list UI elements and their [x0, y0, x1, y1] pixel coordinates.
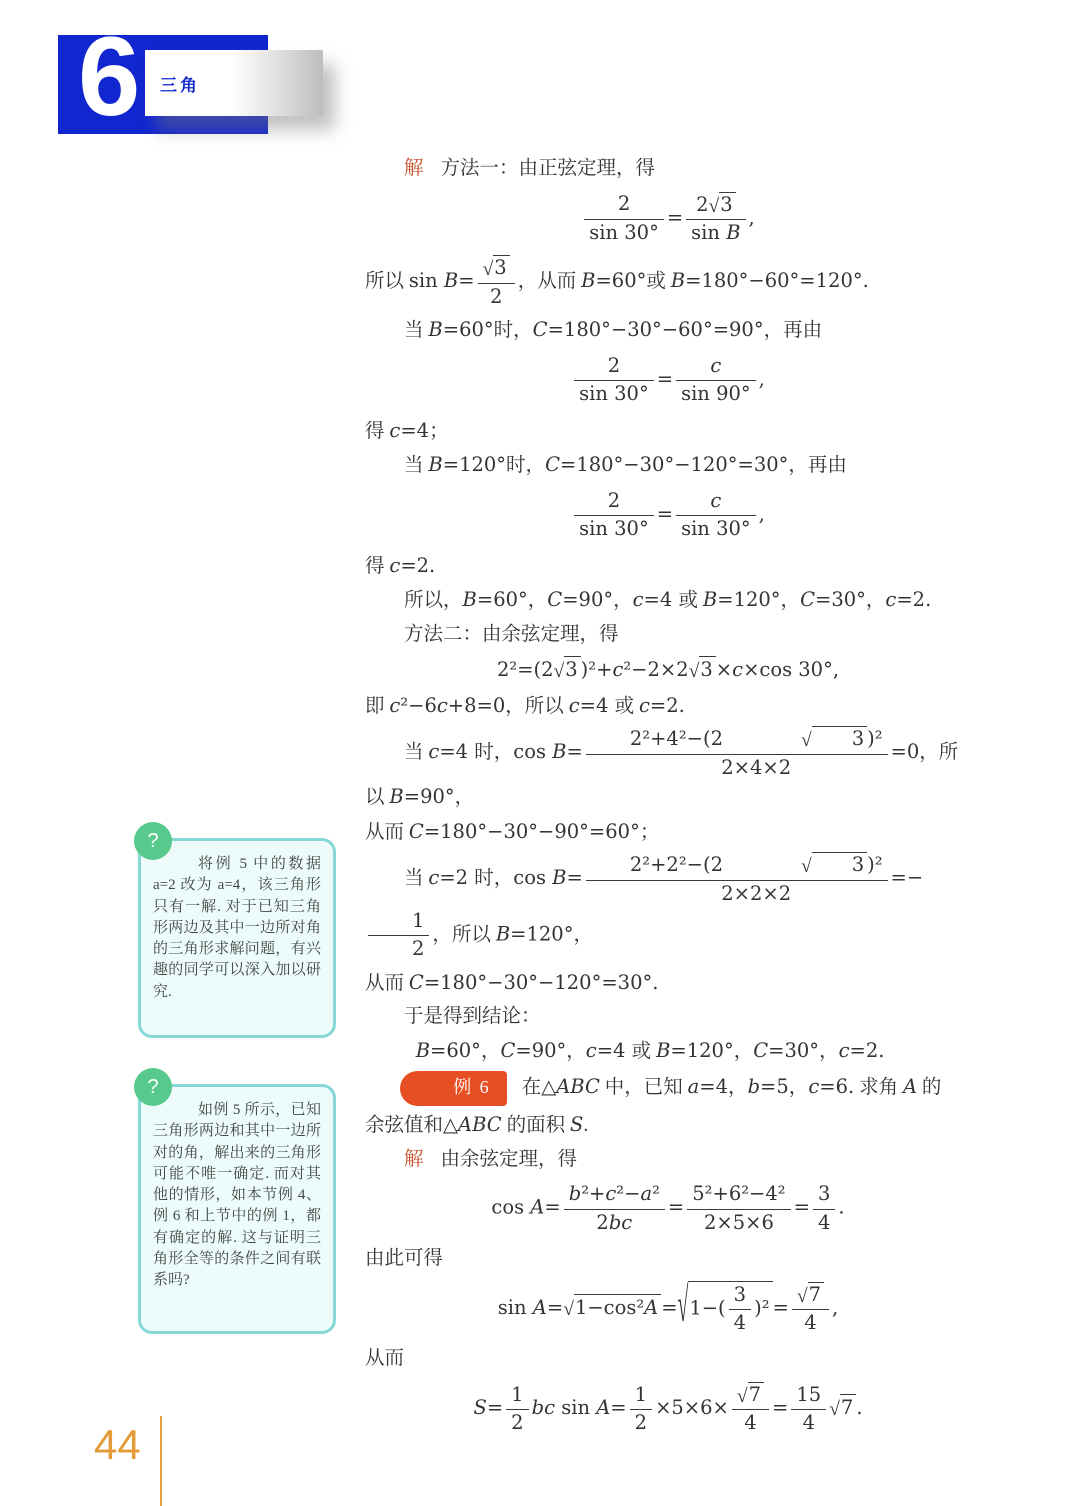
text-run: =− [891, 866, 924, 889]
text-run: =4 [439, 740, 474, 763]
text-run: ，所以 [432, 924, 495, 945]
text-run: = [567, 740, 583, 763]
text-line: 于是得到结论： [365, 1002, 971, 1032]
text-run: cos [491, 1196, 530, 1219]
text-run: ，从而 [518, 271, 581, 292]
text-run: B [444, 269, 458, 292]
text-run: B [552, 866, 566, 889]
text-run: ， [613, 590, 633, 611]
text-run: 所以 [365, 271, 409, 292]
margin-note-2: ? 如例 5 所示，已知三角形两边和其中一边所对的角，解出来的三角形可能不唯一确… [138, 1084, 336, 1334]
text-run: 1−( [689, 1296, 725, 1319]
text-line: B=60°，C=90°，c=4 或 B=120°，C=30°，c=2. [365, 1036, 971, 1067]
text-line: 即 c²−6c+8=0，所以 c=4 或 c=2. [365, 691, 971, 722]
text-run: S [570, 1113, 583, 1136]
text-run: c [569, 694, 580, 717]
text-run: = [772, 1396, 788, 1419]
text-run: 所以， [404, 590, 463, 611]
text-line: 余弦值和△ABC 的面积 S. [365, 1110, 971, 1141]
text-run: =4 [580, 694, 615, 717]
text-run: ² [652, 1182, 660, 1205]
text-run: ×5×6× [655, 1396, 729, 1419]
text-run: B [656, 1039, 670, 1062]
text-run: 中，已知 [600, 1077, 688, 1098]
chapter-title-tab: 三角 [145, 50, 323, 116]
text-run: sin 30° [681, 517, 751, 540]
math-fraction: 12 [368, 908, 429, 964]
text-run: B [428, 318, 442, 341]
text-run: 2 [490, 285, 502, 308]
text-run: 1−cos² [575, 1296, 644, 1319]
text-run: c [586, 1039, 597, 1062]
text-run: 时， [474, 868, 513, 889]
footer-rule [160, 1416, 162, 1506]
text-run: =2. [650, 694, 685, 717]
text-run: 3 [852, 853, 864, 876]
text-run: ²+ [581, 1182, 605, 1205]
solution-content: 解方法一：由正弦定理，得2sin 30°=2√3sin B,所以 sin B=√… [365, 150, 971, 1445]
sqrt-radical: √3 [554, 656, 581, 683]
text-run: C [409, 971, 424, 994]
text-run: =60° [595, 269, 646, 292]
text-run: , [832, 1296, 838, 1319]
text-run: 3 [700, 658, 712, 681]
text-run: =2. [896, 588, 931, 611]
text-run: ， [819, 1041, 839, 1062]
text-run: ； [429, 421, 449, 442]
text-run: 时， [494, 320, 533, 341]
text-run: 于是得到结论： [404, 1006, 541, 1027]
math-fraction: 2²+4²−(2√3)²2×4×2 [586, 725, 888, 782]
solution-label: 解 [404, 1149, 424, 1170]
text-run: 方法二：由余弦定理，得 [404, 624, 619, 645]
chapter-number: 6 [78, 21, 140, 133]
text-run: 2 [608, 489, 620, 512]
text-run: C [800, 588, 815, 611]
text-run: 当 [404, 868, 428, 889]
text-run: B [496, 922, 510, 945]
math-fraction: 12 [506, 1382, 528, 1438]
text-run: 2 [511, 1411, 523, 1434]
text-run: =2 [439, 866, 474, 889]
math-fraction: 154 [791, 1382, 826, 1438]
text-run: A [596, 1396, 610, 1419]
text-run: =4 [400, 419, 429, 442]
text-run: =4 [699, 1075, 728, 1098]
text-run: 2×2×2 [721, 882, 791, 905]
question-icon: ? [134, 822, 172, 860]
text-run: 3 [720, 193, 732, 216]
text-run: ， [789, 1077, 809, 1098]
text-run: , [759, 502, 765, 525]
text-run: sin [409, 269, 444, 292]
sqrt-radical: √1−cos²A [563, 1294, 661, 1321]
sqrt-radical: √3 [689, 656, 716, 683]
text-run: B [463, 588, 477, 611]
math-fraction: 34 [813, 1181, 835, 1237]
text-run: =180°−60°=120°. [685, 269, 869, 292]
text-run: 当 [404, 455, 428, 476]
text-run: ×cos 30°, [743, 658, 839, 681]
sqrt-radical: √7 [797, 1282, 824, 1308]
text-run: ，再由 [788, 455, 847, 476]
math-fraction: csin 30° [676, 488, 756, 544]
text-run: ²−6 [400, 694, 437, 717]
text-line: 例 6在△ABC 中，已知 a=4，b=5，c=6. 求角 A 的 [365, 1071, 971, 1106]
text-run: B [416, 1039, 430, 1062]
text-run: ， [781, 590, 801, 611]
text-run: ， [566, 1041, 586, 1062]
text-run: ，再由 [764, 320, 823, 341]
text-run: =180°−30°−120°=30°. [424, 971, 659, 994]
text-run: sin [555, 1396, 596, 1419]
text-run: sin 30° [579, 382, 649, 405]
text-run: =120° [510, 922, 573, 945]
math-fraction: √74 [732, 1381, 769, 1438]
text-run: =180°−30°−60°=90° [548, 318, 764, 341]
text-run: B [703, 588, 717, 611]
math-fraction: 34 [729, 1282, 751, 1338]
text-run: = [661, 1296, 677, 1319]
math-fraction: csin 90° [676, 353, 756, 409]
text-run: c [428, 866, 439, 889]
text-run: = [773, 1296, 789, 1319]
text-run: 2 [696, 193, 708, 216]
text-run: 7 [809, 1283, 821, 1306]
text-run: ， [728, 1077, 748, 1098]
text-run: A [533, 1296, 547, 1319]
text-run: A [530, 1196, 544, 1219]
text-run: , [759, 367, 765, 390]
text-line: 所以 sin B=√32，从而 B=60°或 B=180°−60°=120°. [365, 254, 971, 311]
text-run: 4 [818, 1211, 830, 1234]
text-run: =60° [430, 1039, 481, 1062]
sqrt-radical: √1−(34)² [678, 1281, 773, 1338]
text-run: 或 [646, 271, 670, 292]
text-run: = [657, 367, 673, 390]
text-run: =120° [443, 453, 506, 476]
text-run: , [749, 205, 755, 228]
text-run: c [428, 740, 439, 763]
text-run: 或 [632, 1041, 656, 1062]
text-run: =120° [717, 588, 780, 611]
text-run: 从而 [365, 973, 409, 994]
text-run: 1 [635, 1383, 647, 1406]
text-run: ， [734, 1041, 754, 1062]
text-run: 3 [852, 727, 864, 750]
text-run: c [732, 658, 743, 681]
text-run: S [473, 1396, 486, 1419]
question-icon: ? [134, 1068, 172, 1106]
text-run: sin 30° [589, 221, 659, 244]
text-run: c [437, 694, 448, 717]
text-run: sin 90° [681, 382, 751, 405]
text-run: = [547, 1296, 563, 1319]
text-run: )² [867, 727, 882, 750]
text-run: 15 [796, 1383, 821, 1406]
text-run: =90° [404, 785, 455, 808]
text-run: 3 [734, 1283, 746, 1306]
math-fraction: 12 [630, 1382, 652, 1438]
text-run: b [569, 1182, 581, 1205]
text-run: B [389, 785, 403, 808]
text-run: 2²+2²−(2 [630, 853, 723, 876]
text-run: = [567, 866, 583, 889]
text-line: 当 c=4 时，cos B=2²+4²−(2√3)²2×4×2=0，所以 B=9… [365, 725, 971, 812]
text-run: B [726, 221, 740, 244]
text-run: 在△ [522, 1077, 557, 1098]
text-run: 7 [841, 1396, 853, 1419]
text-run: cos [513, 866, 552, 889]
text-run: a [640, 1182, 652, 1205]
text-run: 3 [565, 658, 577, 681]
text-run: 5²+6²−4² [692, 1182, 785, 1205]
text-run: ， [481, 1041, 501, 1062]
text-run: 7 [749, 1383, 761, 1406]
text-run: 或 [615, 696, 639, 717]
text-run: B [671, 269, 685, 292]
text-line: 当 c=2 时，cos B=2²+2²−(2√3)²2×2×2=−12，所以 B… [365, 851, 971, 964]
sqrt-radical: √7 [737, 1382, 764, 1408]
text-run: A [644, 1296, 658, 1319]
math-fraction: 2sin 30° [574, 488, 654, 544]
text-run: 1 [412, 909, 424, 932]
text-run: =120° [670, 1039, 733, 1062]
text-run: 2²=(2 [497, 658, 554, 681]
text-run: =30° [815, 588, 866, 611]
text-run: 当 [404, 742, 428, 763]
text-run: ， [528, 590, 548, 611]
formula-line: cos A=b²+c²−a²2bc=5²+6²−4²2×5×6=34. [365, 1181, 971, 1237]
sqrt-radical: √3 [483, 255, 510, 281]
text-run: C [753, 1039, 768, 1062]
chapter-title: 三角 [160, 71, 200, 96]
text-run: 2 [608, 354, 620, 377]
text-run: c [389, 694, 400, 717]
text-run: ， [455, 787, 475, 808]
text-run: ²−2×2 [623, 658, 688, 681]
text-run: 的 [917, 1077, 941, 1098]
text-line: 得 c=2. [365, 551, 971, 582]
formula-line: 2sin 30°=2√3sin B, [365, 191, 971, 248]
text-run: 3 [494, 256, 506, 279]
text-run: 2²+4²−(2 [630, 727, 723, 750]
text-run: 2×4×2 [721, 756, 791, 779]
sqrt-radical: √3 [723, 852, 867, 878]
text-run: =4 [644, 588, 679, 611]
text-run: 4 [744, 1411, 756, 1434]
text-run: 2 [412, 937, 424, 960]
text-run: =90° [515, 1039, 566, 1062]
text-run: )²+ [581, 658, 613, 681]
text-run: ABC [556, 1075, 600, 1098]
math-fraction: 5²+6²−4²2×5×6 [687, 1181, 790, 1237]
text-line: 从而 [365, 1344, 971, 1374]
text-run: 时， [506, 455, 545, 476]
text-run: . [856, 1396, 862, 1419]
math-fraction: 2sin 30° [584, 191, 664, 247]
text-run: = [794, 1196, 810, 1219]
text-run: =180°−30°−90°=60° [424, 820, 640, 843]
text-run: 时， [474, 742, 513, 763]
text-run: 4 [803, 1411, 815, 1434]
text-run: =4 [597, 1039, 632, 1062]
text-run: =2. [400, 554, 435, 577]
text-run: = [667, 205, 683, 228]
text-run: C [500, 1039, 515, 1062]
text-line: 所以，B=60°，C=90°，c=4 或 B=120°，C=30°，c=2. [365, 585, 971, 616]
text-run: =5 [760, 1075, 789, 1098]
text-run: ， [573, 924, 593, 945]
text-run: 方法一：由正弦定理，得 [441, 158, 656, 179]
text-run: =60° [477, 588, 528, 611]
text-run: B [552, 740, 566, 763]
text-run: 2 [635, 1411, 647, 1434]
text-run: c [710, 489, 721, 512]
text-run: . [838, 1196, 844, 1219]
text-line: 方法二：由余弦定理，得 [365, 620, 971, 650]
formula-line: 2²=(2√3)²+c²−2×2√3×c×cos 30°, [365, 656, 971, 683]
text-run: 从而 [365, 1348, 404, 1369]
text-run: B [581, 269, 595, 292]
text-line: 由此可得 [365, 1244, 971, 1274]
text-run: 2 [618, 192, 630, 215]
formula-line: 2sin 30°=csin 30°, [365, 488, 971, 544]
sqrt-radical: √3 [709, 192, 736, 218]
text-run: c [808, 1075, 819, 1098]
text-run: sin [691, 221, 726, 244]
text-run: sin 30° [579, 517, 649, 540]
text-run: =180°−30°−120°=30° [560, 453, 788, 476]
text-run: B [428, 453, 442, 476]
math-fraction: 2sin 30° [574, 353, 654, 409]
example-badge: 例 6 [400, 1071, 507, 1106]
text-run: ； [640, 822, 660, 843]
text-line: 当 B=60°时，C=180°−30°−60°=90°，再由 [365, 315, 971, 346]
text-run: ，所以 [505, 696, 568, 717]
text-run: =6. [819, 1075, 854, 1098]
text-run: =60° [443, 318, 494, 341]
math-fraction: 2²+2²−(2√3)²2×2×2 [586, 851, 888, 908]
text-run: = [487, 1396, 503, 1419]
text-line: 从而 C=180°−30°−120°=30°. [365, 968, 971, 999]
text-run: C [533, 318, 548, 341]
margin-note-1-text: 将例 5 中的数据 a=2 改为 a=4，该三角形只有一解. 对于已知三角形两边… [153, 854, 321, 1003]
text-run: cos [513, 740, 552, 763]
text-run: 即 [365, 696, 389, 717]
sqrt-radical: √7 [829, 1394, 856, 1421]
text-run: bc [532, 1396, 555, 1419]
text-line: 从而 C=180°−30°−90°=60°； [365, 817, 971, 848]
text-run: ， [866, 590, 886, 611]
sqrt-radical: √3 [723, 726, 867, 752]
text-run: )² [754, 1296, 769, 1319]
text-run: c [885, 588, 896, 611]
text-run: 3 [818, 1182, 830, 1205]
text-run: . [583, 1115, 588, 1136]
text-run: =30° [768, 1039, 819, 1062]
text-run: =0 [891, 740, 920, 763]
text-run: c [389, 554, 400, 577]
text-run: bc [609, 1211, 632, 1234]
text-line: 解由余弦定理，得 [365, 1145, 971, 1175]
text-run: =90° [562, 588, 613, 611]
text-run: 得 [365, 556, 389, 577]
text-run: =2. [850, 1039, 885, 1062]
text-line: 得 c=4； [365, 416, 971, 447]
text-run: 求角 [854, 1077, 903, 1098]
text-run: 2×5×6 [704, 1211, 774, 1234]
page-number: 44 [94, 1424, 141, 1466]
text-run: sin [498, 1296, 533, 1319]
text-run: a [688, 1075, 700, 1098]
text-run: 从而 [365, 822, 409, 843]
text-run: )² [867, 853, 882, 876]
text-run: 余弦值和△ [365, 1115, 458, 1136]
text-run: = [544, 1196, 560, 1219]
text-run: 由此可得 [365, 1248, 443, 1269]
solution-label: 解 [404, 158, 424, 179]
formula-line: S=12bc sin A=12×5×6×√74=154√7. [365, 1381, 971, 1438]
text-run: C [409, 820, 424, 843]
text-run: +8=0 [448, 694, 506, 717]
text-run: ²− [616, 1182, 640, 1205]
text-run: C [547, 588, 562, 611]
text-run: 的面积 [502, 1115, 570, 1136]
text-line: 当 B=120°时，C=180°−30°−120°=30°，再由 [365, 450, 971, 481]
text-run: × [716, 658, 732, 681]
text-run: C [545, 453, 560, 476]
text-run: c [639, 694, 650, 717]
margin-note-1: ? 将例 5 中的数据 a=2 改为 a=4，该三角形只有一解. 对于已知三角形… [138, 838, 336, 1038]
text-run: 4 [804, 1311, 816, 1334]
text-run: 得 [365, 421, 389, 442]
text-line: 解方法一：由正弦定理，得 [365, 154, 971, 184]
math-fraction: √74 [792, 1281, 829, 1338]
text-run: 4 [734, 1311, 746, 1334]
math-fraction: √32 [478, 254, 515, 311]
text-run: c [839, 1039, 850, 1062]
text-run: 1 [511, 1383, 523, 1406]
textbook-page: 6 三角 解方法一：由正弦定理，得2sin 30°=2√3sin B,所以 si… [0, 0, 1080, 1506]
text-run: 当 [404, 320, 428, 341]
text-run: = [668, 1196, 684, 1219]
text-run: c [605, 1182, 616, 1205]
text-run: c [710, 354, 721, 377]
text-run: c [612, 658, 623, 681]
math-fraction: 2√3sin B [686, 191, 745, 248]
text-run: 2 [596, 1211, 608, 1234]
text-run: = [657, 502, 673, 525]
text-run: c [389, 419, 400, 442]
formula-line: 2sin 30°=csin 90°, [365, 353, 971, 409]
math-fraction: b²+c²−a²2bc [564, 1181, 665, 1237]
text-run: c [633, 588, 644, 611]
margin-note-2-text: 如例 5 所示，已知三角形两边和其中一边所对的角，解出来的三角形可能不唯一确定.… [153, 1100, 321, 1292]
text-run: b [748, 1075, 760, 1098]
text-run: 由余弦定理，得 [441, 1149, 578, 1170]
text-run: = [458, 269, 474, 292]
text-run: 或 [679, 590, 703, 611]
text-run: = [610, 1396, 626, 1419]
formula-line: sin A=√1−cos²A=√1−(34)²=√74, [365, 1281, 971, 1338]
text-run: ABC [458, 1113, 502, 1136]
text-run: A [903, 1075, 917, 1098]
